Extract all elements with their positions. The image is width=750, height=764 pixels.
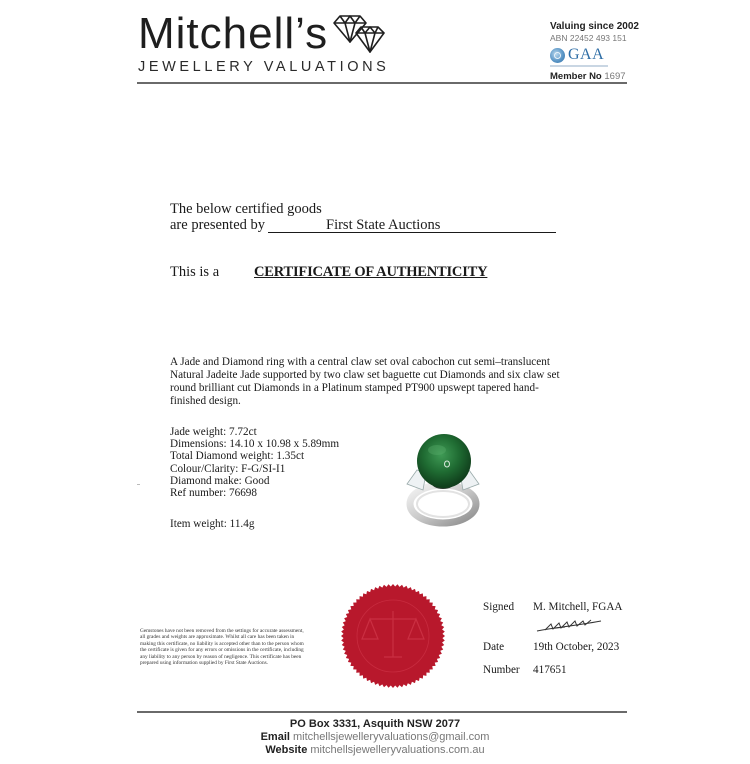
member-number: Member No 1697	[550, 71, 640, 82]
member-number-value: 1697	[604, 71, 625, 82]
gaa-logo: GAA	[550, 46, 640, 64]
spec-diamond-weight: Total Diamond weight: 1.35ct	[170, 450, 339, 462]
signature-scribble	[535, 618, 605, 634]
gaa-fineprint	[550, 65, 608, 67]
presenter-name: First State Auctions	[268, 218, 556, 233]
header-credentials: Valuing since 2002 ABN 22452 493 151 GAA…	[550, 21, 640, 82]
diamonds-icon	[330, 14, 388, 54]
item-description: A Jade and Diamond ring with a central c…	[170, 356, 560, 408]
footer-website: Website mitchellsjewelleryvaluations.com…	[0, 744, 750, 757]
scan-mark	[137, 484, 140, 485]
certificate-heading: This is a CERTIFICATE OF AUTHENTICITY	[170, 264, 219, 281]
valuing-since: Valuing since 2002	[550, 21, 640, 33]
jade-diamond-ring-photo	[393, 428, 493, 528]
presentation-block: The below certified goods are presented …	[170, 201, 556, 233]
signed-value: M. Mitchell, FGAA	[533, 601, 623, 613]
number-label: Number	[483, 664, 520, 676]
gaa-badge-icon	[550, 48, 565, 63]
presentation-line2: are presented byFirst State Auctions	[170, 217, 556, 233]
date-value: 19th October, 2023	[533, 641, 619, 653]
signed-label: Signed	[483, 601, 514, 613]
certificate-prefix: This is a	[170, 264, 219, 280]
footer-divider	[137, 711, 627, 713]
abn-number: ABN 22452 493 151	[550, 33, 640, 44]
certificate-title: CERTIFICATE OF AUTHENTICITY	[254, 264, 487, 281]
scales-of-justice-seal-icon	[340, 583, 446, 689]
brand-name: Mitchell’s	[138, 12, 328, 56]
gaa-text: GAA	[568, 47, 604, 63]
spec-jade-weight: Jade weight: 7.72ct	[170, 426, 339, 438]
spec-ref-number: Ref number: 76698	[170, 487, 339, 499]
brand-subtitle: JEWELLERY VALUATIONS	[138, 60, 389, 75]
email-link[interactable]: mitchellsjewelleryvaluations@gmail.com	[293, 731, 489, 743]
presentation-line1: The below certified goods	[170, 201, 556, 217]
footer-address: PO Box 3331, Asquith NSW 2077	[0, 718, 750, 731]
spec-diamond-make: Diamond make: Good	[170, 475, 339, 487]
item-weight: Item weight: 11.4g	[170, 518, 254, 530]
number-value: 417651	[533, 664, 567, 676]
footer-email: Email mitchellsjewelleryvaluations@gmail…	[0, 731, 750, 744]
spec-colour-clarity: Colour/Clarity: F-G/SI-I1	[170, 463, 339, 475]
item-specs: Jade weight: 7.72ct Dimensions: 14.10 x …	[170, 426, 339, 499]
header-divider	[137, 82, 627, 84]
spec-dimensions: Dimensions: 14.10 x 10.98 x 5.89mm	[170, 438, 339, 450]
disclaimer-text: Gemstones have not been removed from the…	[140, 628, 310, 666]
date-label: Date	[483, 641, 504, 653]
website-link[interactable]: mitchellsjewelleryvaluations.com.au	[310, 744, 484, 756]
